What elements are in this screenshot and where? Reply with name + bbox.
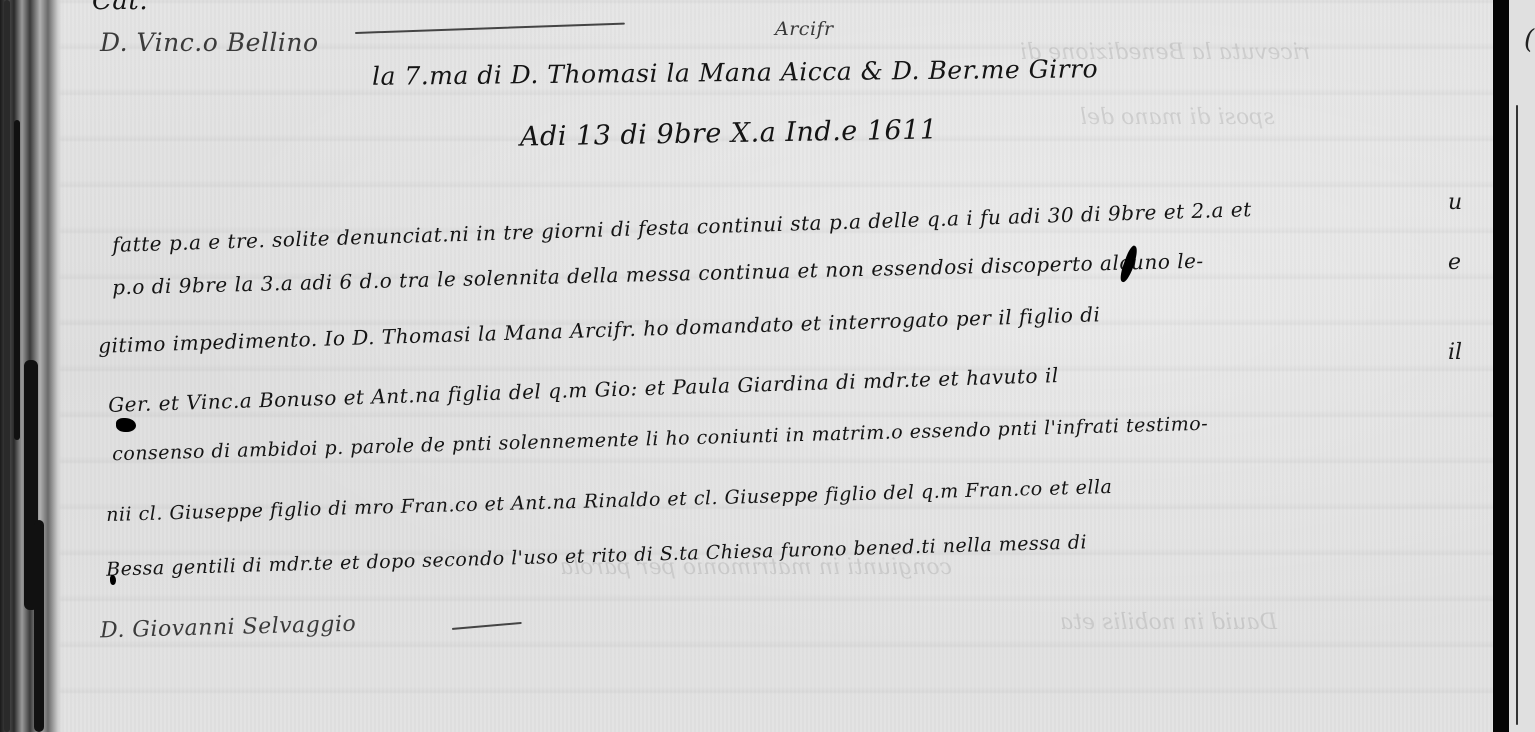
manuscript-page: ricevuta la Benedizione di sposi di mano… <box>0 0 1535 732</box>
line-end-mark: u <box>1448 190 1462 215</box>
next-page-fragment: ( <box>1524 25 1534 55</box>
binding-shadow <box>34 520 44 732</box>
entry-body-line: consenso di ambidoi p. parole de pnti so… <box>112 413 1208 466</box>
margin-note: Arcifr <box>775 18 834 40</box>
signature-flourish <box>355 23 625 34</box>
signature-flourish <box>452 622 522 630</box>
binding-shadow <box>14 120 20 440</box>
entry-body-line: Ger. et Vinc.a Bonuso et Ant.na figlia d… <box>108 363 1059 417</box>
ink-blot <box>110 575 116 585</box>
bleed-through-text: Dauid in nobilis eta <box>1060 610 1277 635</box>
ink-blot <box>116 418 136 432</box>
bleed-through-text: sposi di mano del <box>1080 105 1275 130</box>
entry-body-line: p.o di 9bre la 3.a adi 6 d.o tra le sole… <box>112 249 1204 300</box>
line-end-mark: il <box>1448 340 1462 365</box>
entry-date: Adi 13 di 9bre X.a Ind.e 1611 <box>520 114 938 152</box>
previous-entry-signature: D. Vinc.o Bellino <box>100 28 319 57</box>
line-end-mark: e <box>1448 250 1461 275</box>
binding-thread <box>1516 105 1518 725</box>
entry-body-line: fatte p.a e tre. solite denunciat.ni in … <box>112 197 1252 257</box>
binding-shadow <box>4 0 10 732</box>
entry-body-line: Bessa gentili di mdr.te et dopo secondo … <box>106 531 1087 580</box>
next-page-strip <box>1509 0 1535 732</box>
entry-body-line: nii cl. Giuseppe figlio di mro Fran.co e… <box>106 476 1113 526</box>
entry-signature: D. Giovanni Selvaggio <box>100 612 357 644</box>
page-edge-shadow <box>1493 0 1509 732</box>
previous-entry-fragment: Cat. <box>92 0 148 16</box>
entry-body-line: gitimo impedimento. Io D. Thomasi la Man… <box>98 302 1101 357</box>
entry-header: la 7.ma di D. Thomasi la Mana Aicca & D.… <box>372 54 1098 91</box>
